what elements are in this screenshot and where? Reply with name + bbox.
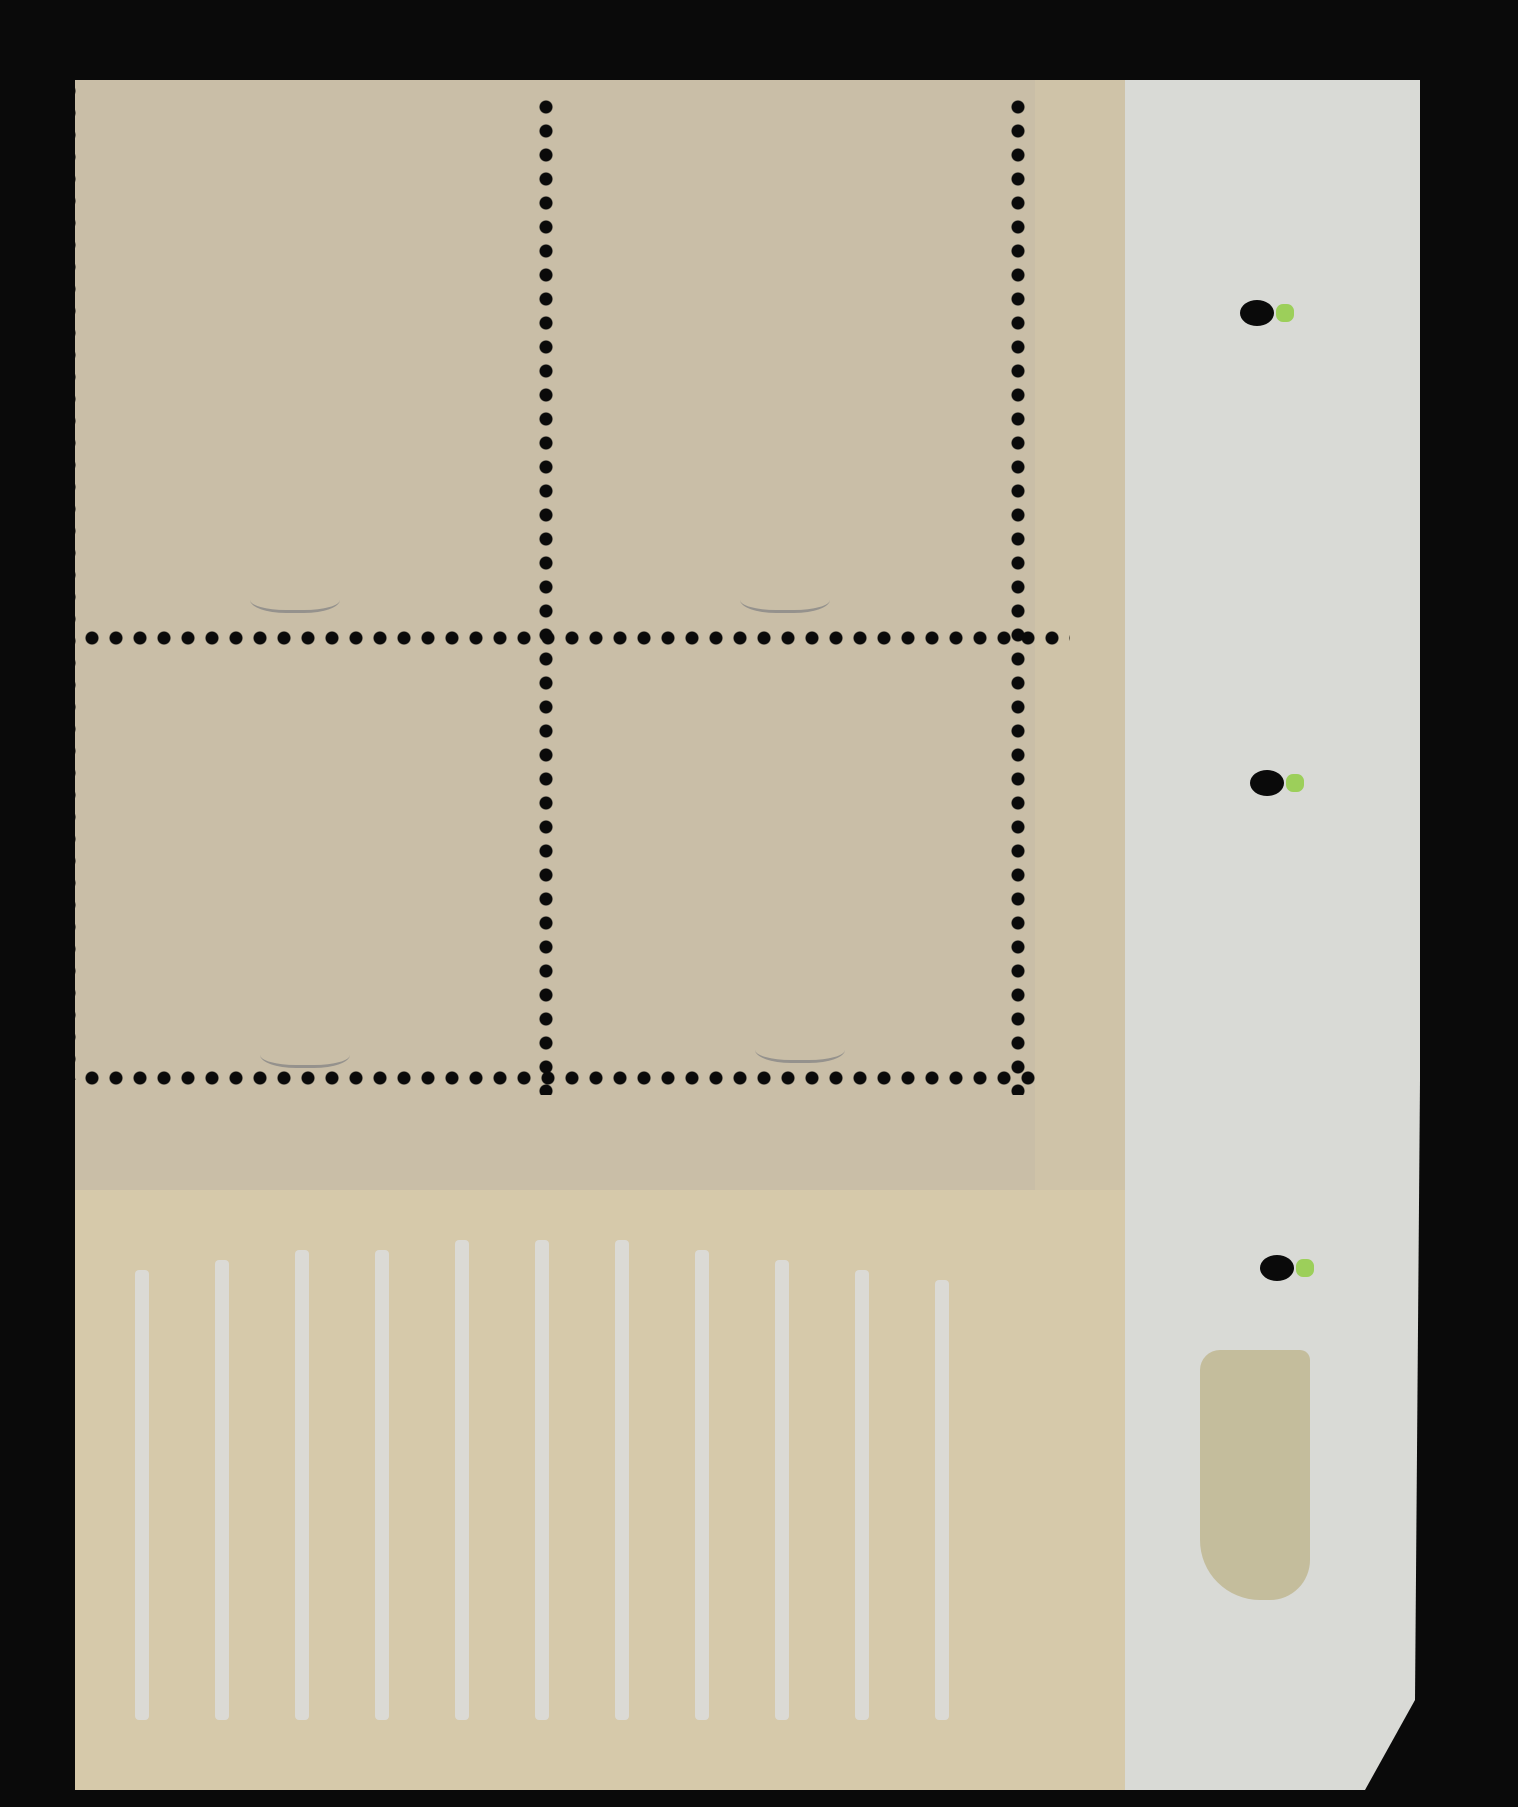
expertizer-mark — [755, 1030, 845, 1063]
expertizer-mark — [740, 580, 830, 613]
perforation-top-edge — [75, 72, 1035, 88]
filing-hole — [1260, 1255, 1294, 1281]
bottom-selvage — [75, 1190, 1125, 1790]
perforation-vertical-right — [1010, 95, 1026, 1095]
expertizer-mark — [250, 580, 340, 613]
perforation-left-edge — [68, 80, 84, 1080]
filing-hole — [1240, 300, 1274, 326]
filing-hole — [1250, 770, 1284, 796]
perforation-horizontal-middle — [80, 630, 1070, 646]
hinge-remnant — [1200, 1350, 1310, 1600]
expertizer-mark — [260, 1035, 350, 1068]
perforation-vertical-middle — [538, 95, 554, 1095]
perforation-horizontal-bottom — [80, 1070, 1040, 1086]
